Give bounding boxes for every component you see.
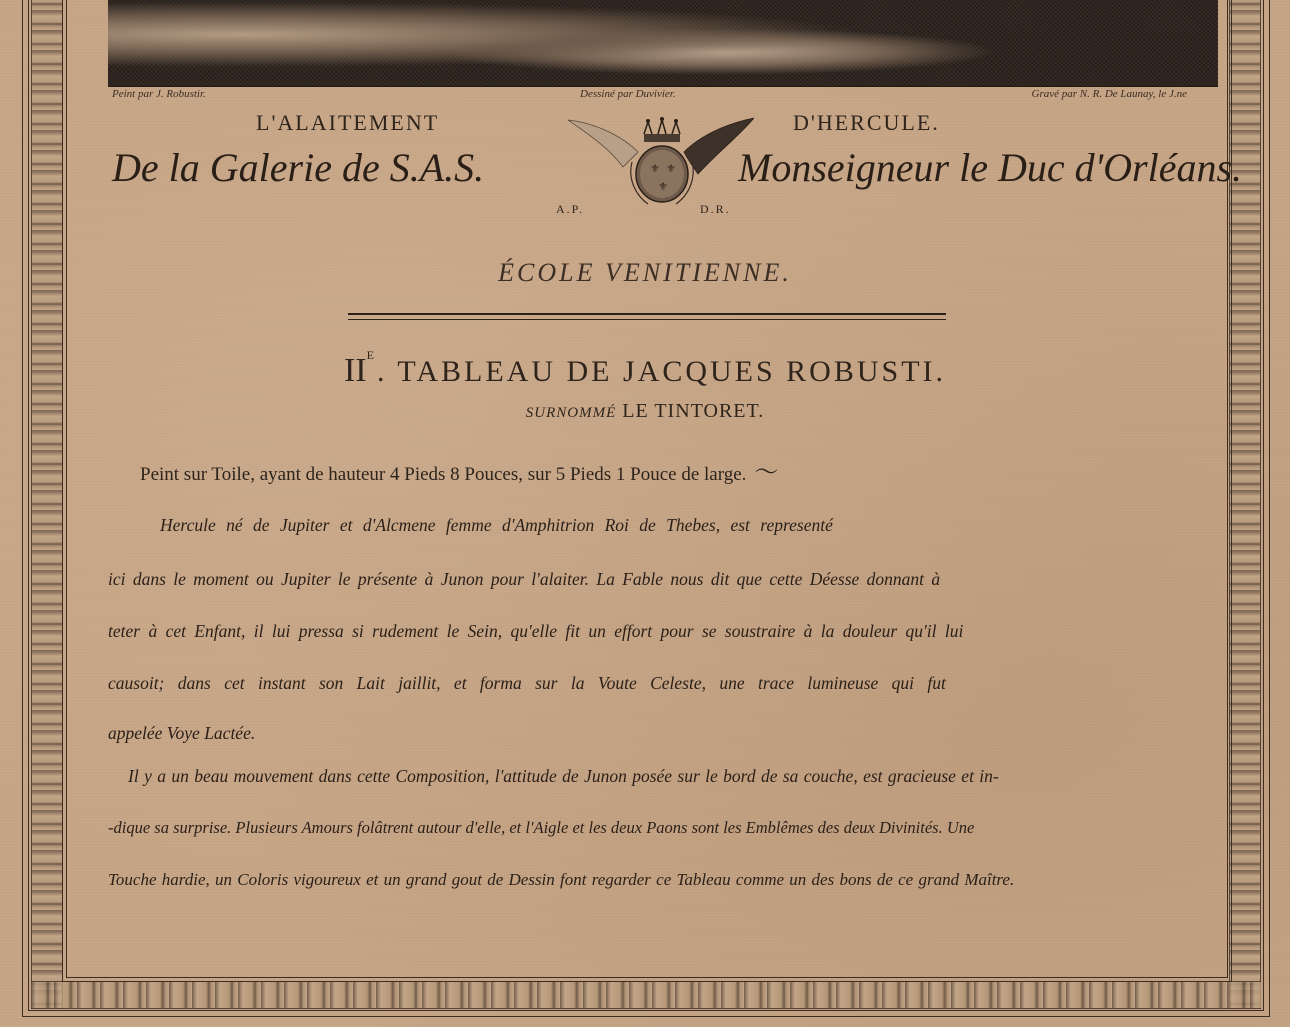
royal-coat-of-arms-icon: ⚜ ⚜ ⚜ bbox=[568, 112, 754, 212]
flourish-icon: 〜 bbox=[754, 452, 778, 487]
paragraph-1-line-1: Hercule né de Jupiter et d'Alcmene femme… bbox=[160, 515, 833, 536]
school-heading: ÉCOLE VENITIENNE. bbox=[0, 258, 1290, 288]
divider-rule-thin bbox=[348, 319, 946, 320]
paragraph-2-line-3: Touche hardie, un Coloris vigoureux et u… bbox=[108, 870, 1014, 890]
paragraph-1-line-5: appelée Voye Lactée. bbox=[108, 723, 255, 744]
credit-engraver: Gravé par N. R. De Launay, le J.ne bbox=[1032, 88, 1188, 100]
surname-name: LE TINTORET. bbox=[622, 400, 764, 422]
paragraph-1-line-2: ici dans le moment ou Jupiter le présent… bbox=[108, 569, 940, 590]
surname-line: SURNOMMÉ LE TINTORET. bbox=[0, 400, 1290, 423]
tableau-superscript: E bbox=[367, 348, 377, 362]
divider-rule-thick bbox=[348, 313, 946, 315]
dimensions-text: Peint sur Toile, ayant de hauteur 4 Pied… bbox=[140, 464, 746, 485]
engraving-image bbox=[108, 0, 1218, 87]
svg-text:⚜: ⚜ bbox=[658, 181, 668, 193]
tableau-text: . TABLEAU DE JACQUES ROBUSTI. bbox=[377, 355, 946, 388]
crest-dr-label: D.R. bbox=[700, 202, 731, 217]
credit-painter: Peint par J. Robustir. bbox=[112, 88, 206, 100]
tableau-heading: IIE. TABLEAU DE JACQUES ROBUSTI. bbox=[0, 348, 1290, 390]
frame-bottom-ornament bbox=[31, 981, 1261, 1009]
tableau-number: II bbox=[344, 352, 367, 389]
credit-draughtsman: Dessiné par Duvivier. bbox=[580, 88, 676, 100]
paragraph-1-line-4: causoit; dans cet instant son Lait jaill… bbox=[108, 673, 946, 694]
paragraph-1-line-3: teter à cet Enfant, il lui pressa si rud… bbox=[108, 621, 963, 642]
paragraph-2-line-2: -dique sa surprise. Plusieurs Amours fol… bbox=[108, 818, 974, 838]
svg-text:⚜: ⚜ bbox=[666, 163, 676, 175]
paragraph-2-line-1: Il y a un beau mouvement dans cette Comp… bbox=[128, 766, 999, 787]
svg-text:⚜: ⚜ bbox=[650, 163, 660, 175]
title-left: L'ALAITEMENT bbox=[256, 110, 439, 136]
gallery-right: Monseigneur le Duc d'Orléans. bbox=[738, 144, 1242, 191]
surname-label: SURNOMMÉ bbox=[526, 405, 617, 421]
title-right: D'HERCULE. bbox=[793, 110, 940, 136]
gallery-left: De la Galerie de S.A.S. bbox=[112, 144, 484, 191]
crest-ap-label: A.P. bbox=[556, 202, 584, 217]
engraving-credits: Peint par J. Robustir. Dessiné par Duviv… bbox=[112, 88, 1187, 104]
dimensions-line: Peint sur Toile, ayant de hauteur 4 Pied… bbox=[140, 452, 1150, 487]
frame-left-ornament bbox=[31, 0, 63, 1009]
